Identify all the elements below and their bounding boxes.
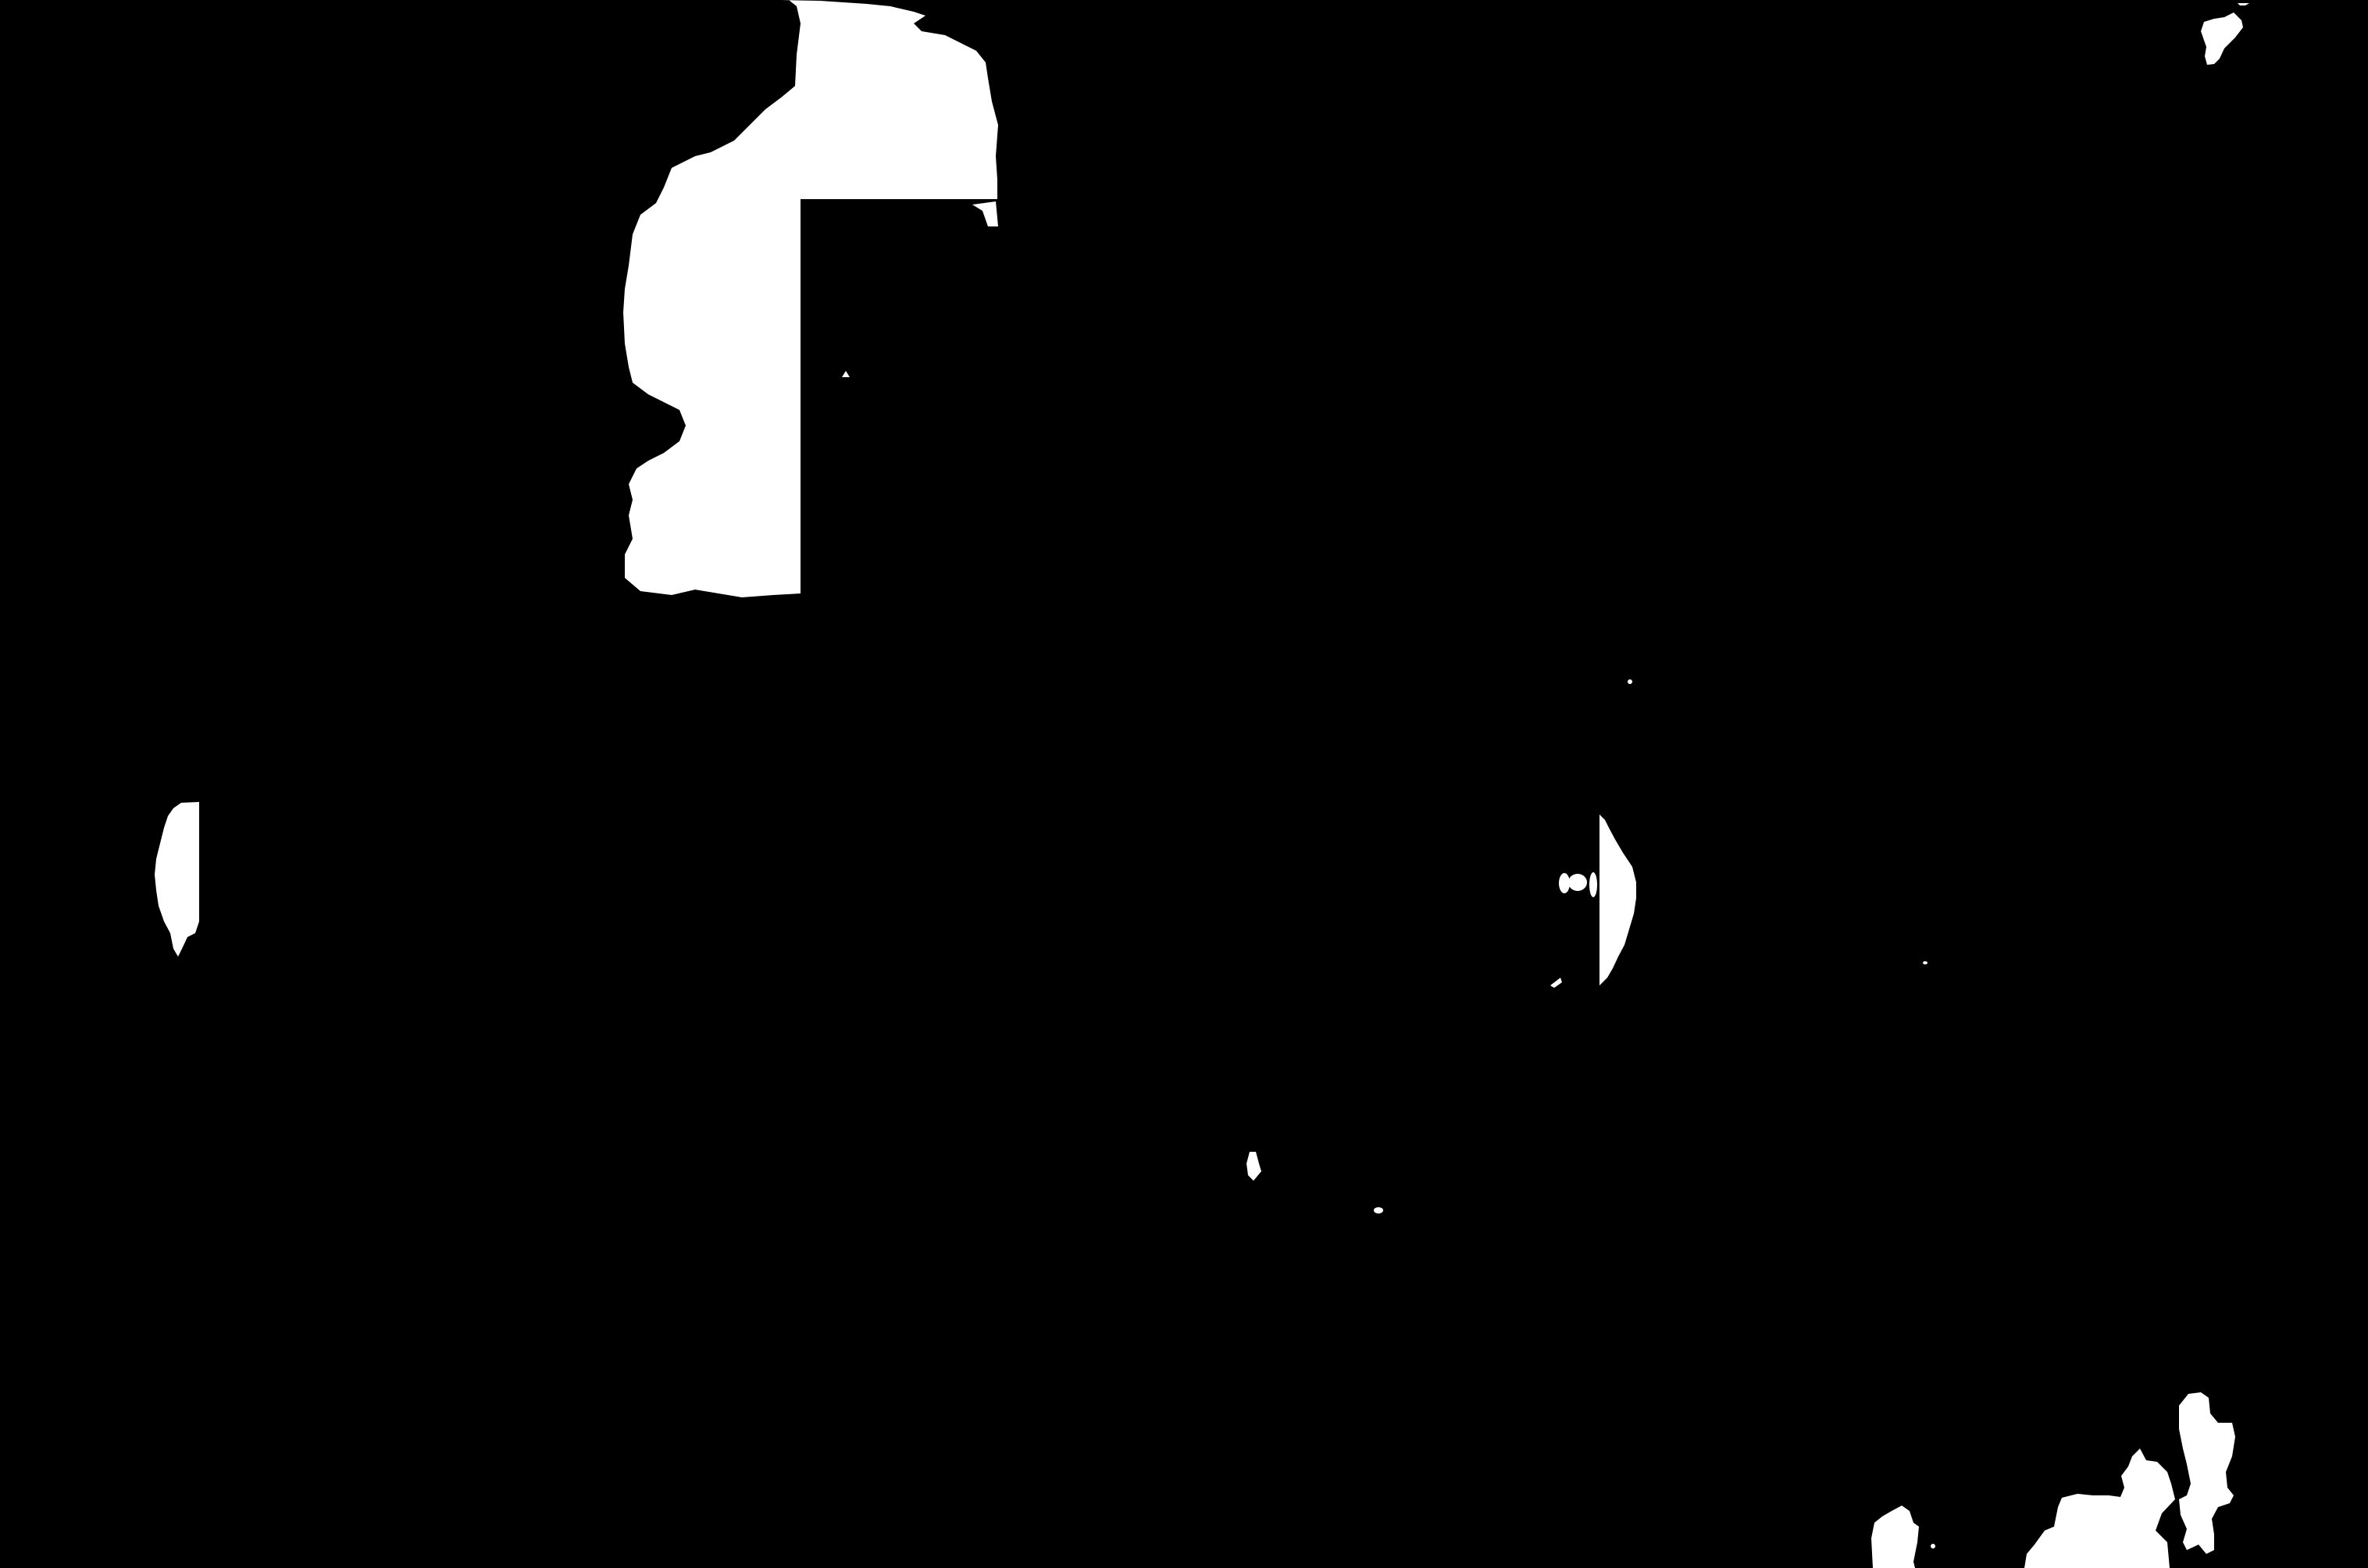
mask-background [0, 0, 2368, 1568]
segmentation-mask [0, 0, 2368, 1568]
